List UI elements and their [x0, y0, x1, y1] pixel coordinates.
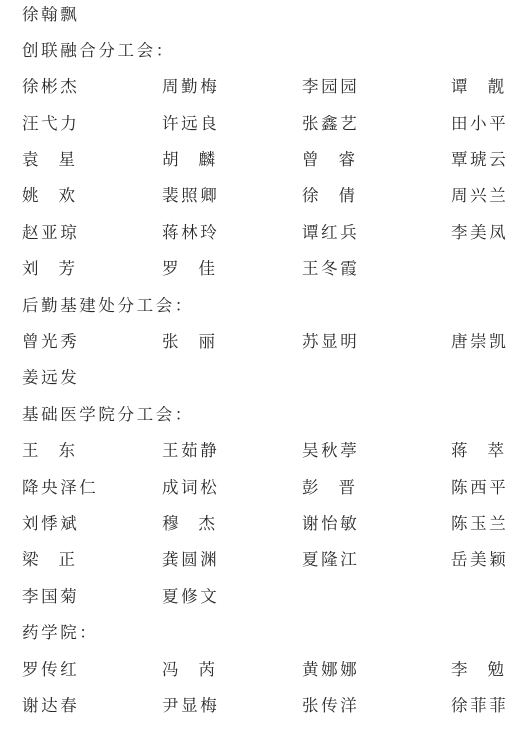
section-heading-row: 创联融合分工会： — [0, 33, 530, 69]
member-name: 张鑫艺 — [302, 106, 359, 142]
member-name: 曾 睿 — [302, 142, 355, 178]
name-row: 汪弋力 许远良 张鑫艺 田小平 — [0, 106, 530, 142]
name-row: 刘悸斌 穆 杰 谢怡敏 陈玉兰 — [0, 506, 530, 542]
member-name: 唐崇凯 — [451, 324, 508, 360]
member-name: 陈西平 — [451, 470, 508, 506]
member-name: 彭 晋 — [302, 470, 355, 506]
member-name: 刘 芳 — [22, 251, 75, 287]
member-name: 梁 正 — [22, 542, 75, 578]
member-name: 谭 靓 — [451, 69, 504, 105]
member-name: 蒋林玲 — [162, 215, 219, 251]
member-name: 周勤梅 — [162, 69, 219, 105]
member-name: 岳美颖 — [451, 542, 508, 578]
section-heading-row: 后勤基建处分工会： — [0, 288, 530, 324]
name-row: 袁 星 胡 麟 曾 睿 覃琥云 — [0, 142, 530, 178]
member-name: 罗传红 — [22, 652, 79, 688]
member-name: 徐翰飘 — [22, 0, 79, 33]
member-name: 谭红兵 — [302, 215, 359, 251]
member-name: 王冬霞 — [302, 251, 359, 287]
name-row: 梁 正 龚圆渊 夏隆江 岳美颖 — [0, 542, 530, 578]
member-name: 苏显明 — [302, 324, 359, 360]
member-name: 尹显梅 — [162, 688, 219, 724]
member-name: 李园园 — [302, 69, 359, 105]
member-name: 胡 麟 — [162, 142, 215, 178]
member-name: 谢怡敏 — [302, 506, 359, 542]
member-name: 周兴兰 — [451, 178, 508, 214]
name-row: 罗传红 冯 芮 黄娜娜 李 勉 — [0, 652, 530, 688]
member-name: 田小平 — [451, 106, 508, 142]
name-row: 降央泽仁 成词松 彭 晋 陈西平 — [0, 470, 530, 506]
name-row: 王 东 王茹静 吴秋葶 蒋 萃 — [0, 433, 530, 469]
member-name: 曾光秀 — [22, 324, 79, 360]
member-name: 覃琥云 — [451, 142, 508, 178]
member-name: 王茹静 — [162, 433, 219, 469]
member-name: 成词松 — [162, 470, 219, 506]
name-row: 姜远发 — [0, 360, 530, 396]
section-heading-row: 药学院： — [0, 615, 530, 651]
member-name: 穆 杰 — [162, 506, 215, 542]
section-heading: 基础医学院分工会： — [22, 397, 194, 433]
section-heading: 后勤基建处分工会： — [22, 288, 194, 324]
member-name: 龚圆渊 — [162, 542, 219, 578]
member-name: 赵亚琼 — [22, 215, 79, 251]
member-name: 陈玉兰 — [451, 506, 508, 542]
member-name: 姜远发 — [22, 360, 79, 396]
member-name: 徐菲菲 — [451, 688, 508, 724]
member-name: 降央泽仁 — [22, 470, 98, 506]
name-row: 曾光秀 张 丽 苏显明 唐崇凯 — [0, 324, 530, 360]
member-name: 徐 倩 — [302, 178, 355, 214]
member-name: 裴照卿 — [162, 178, 219, 214]
name-row: 徐彬杰 周勤梅 李园园 谭 靓 — [0, 69, 530, 105]
member-name: 汪弋力 — [22, 106, 79, 142]
name-row: 李国菊 夏修文 — [0, 579, 530, 615]
member-name: 刘悸斌 — [22, 506, 79, 542]
member-name: 谢达春 — [22, 688, 79, 724]
name-row: 姚 欢 裴照卿 徐 倩 周兴兰 — [0, 178, 530, 214]
member-name: 李国菊 — [22, 579, 79, 615]
member-name: 黄娜娜 — [302, 652, 359, 688]
member-name: 李美凤 — [451, 215, 508, 251]
member-name: 张 丽 — [162, 324, 215, 360]
name-row: 徐翰飘 — [0, 0, 530, 33]
name-row: 赵亚琼 蒋林玲 谭红兵 李美凤 — [0, 215, 530, 251]
member-name: 张传洋 — [302, 688, 359, 724]
section-heading-row: 基础医学院分工会： — [0, 397, 530, 433]
member-name: 许远良 — [162, 106, 219, 142]
member-name: 李 勉 — [451, 652, 504, 688]
member-name: 蒋 萃 — [451, 433, 504, 469]
member-name: 徐彬杰 — [22, 69, 79, 105]
member-name: 夏修文 — [162, 579, 219, 615]
name-row: 刘 芳 罗 佳 王冬霞 — [0, 251, 530, 287]
member-name: 冯 芮 — [162, 652, 215, 688]
member-name: 罗 佳 — [162, 251, 215, 287]
member-name: 王 东 — [22, 433, 75, 469]
member-name: 袁 星 — [22, 142, 75, 178]
member-name: 姚 欢 — [22, 178, 75, 214]
name-row: 谢达春 尹显梅 张传洋 徐菲菲 — [0, 688, 530, 724]
section-heading: 药学院： — [22, 615, 98, 651]
section-heading: 创联融合分工会： — [22, 33, 175, 69]
member-name: 吴秋葶 — [302, 433, 359, 469]
member-name: 夏隆江 — [302, 542, 359, 578]
